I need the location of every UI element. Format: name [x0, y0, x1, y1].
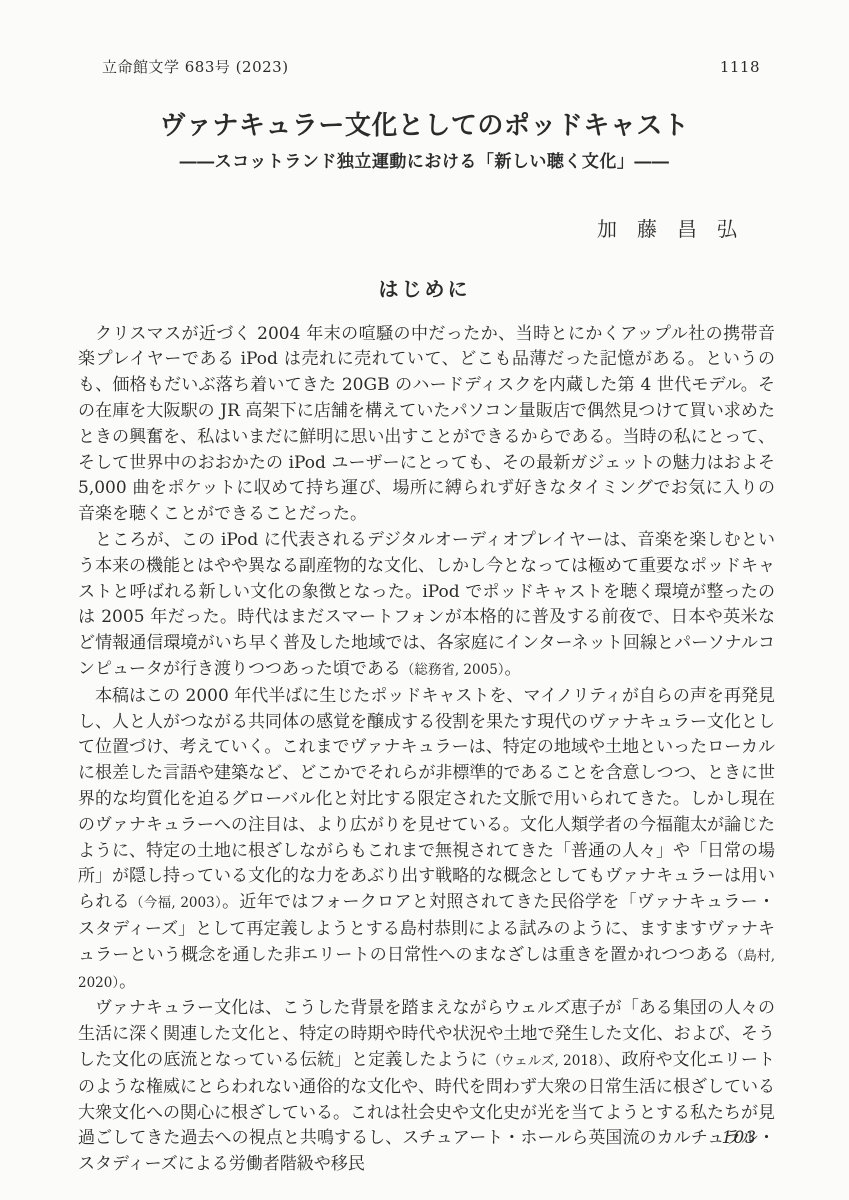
author-name: 加 藤 昌 弘	[0, 217, 737, 241]
paragraph-text: ところが、この iPod に代表されるデジタルオーディオプレイヤーは、音楽を楽し…	[78, 530, 775, 679]
paragraph-text: 本稿はこの 2000 年代半ばに生じたポッドキャストを、マイノリティが自らの声を…	[78, 686, 775, 912]
running-header: 立命館文学 683号 (2023) 1118	[102, 56, 760, 77]
page-number-top: 1118	[720, 58, 760, 76]
journal-title: 立命館文学 683号 (2023)	[102, 56, 289, 77]
article-title: ヴァナキュラー文化としてのポッドキャスト	[40, 110, 809, 143]
citation: （ウェルズ, 2018）	[488, 1053, 605, 1069]
article-subtitle: ――スコットランド独立運動における「新しい聴く文化」――	[40, 151, 809, 173]
citation: （総務省, 2005）	[401, 662, 505, 678]
paragraph-text: 。	[119, 972, 136, 992]
paragraph-text: 。	[505, 659, 522, 679]
paragraph: ところが、この iPod に代表されるデジタルオーディオプレイヤーは、音楽を楽し…	[78, 528, 775, 684]
journal-page: 立命館文学 683号 (2023) 1118 ヴァナキュラー文化としてのポッドキ…	[0, 0, 849, 1200]
section-heading: はじめに	[0, 277, 849, 301]
paragraph: ヴァナキュラー文化は、こうした背景を踏まえながらウェルズ恵子が「ある集団の人々の…	[78, 996, 775, 1178]
paragraph: 本稿はこの 2000 年代半ばに生じたポッドキャストを、マイノリティが自らの声を…	[78, 684, 775, 997]
paragraph-text: クリスマスが近づく 2004 年末の喧騒の中だったか、当時とにかくアップル社の携…	[78, 324, 775, 525]
page-number-bottom: 103	[722, 1128, 757, 1148]
paragraph: クリスマスが近づく 2004 年末の喧騒の中だったか、当時とにかくアップル社の携…	[78, 322, 775, 528]
body-text: クリスマスが近づく 2004 年末の喧騒の中だったか、当時とにかくアップル社の携…	[78, 322, 775, 1178]
citation: （今福, 2003）	[130, 895, 222, 911]
